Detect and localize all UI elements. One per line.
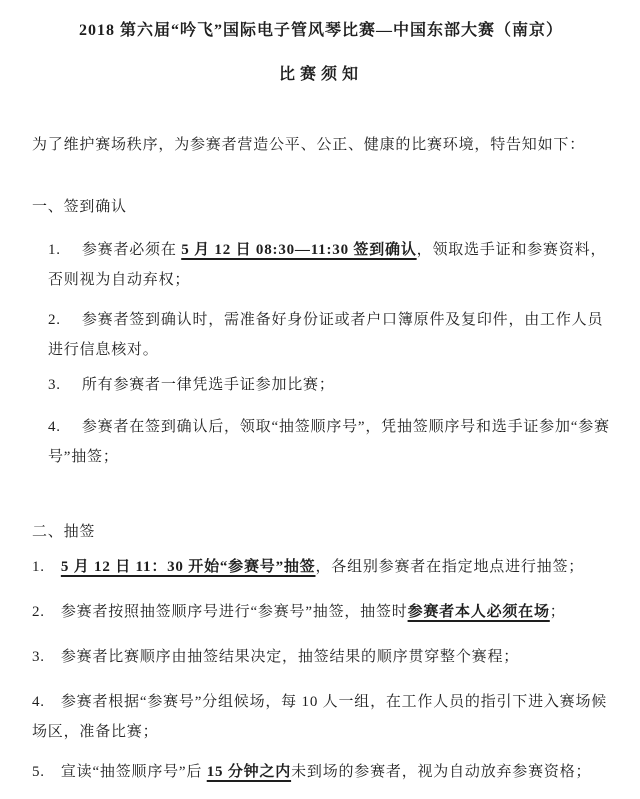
notice-item-drawing-1: 1.5 月 12 日 11：30 开始“参赛号”抽签，各组别参赛者在指定地点进行… xyxy=(32,552,610,582)
notice-item-drawing-5: 5.宣读“抽签顺序号”后 15 分钟之内未到场的参赛者，视为自动放弃参赛资格； xyxy=(32,757,610,787)
item-text-emphasis: 5 月 12 日 11：30 开始“参赛号”抽签 xyxy=(61,559,316,575)
intro-paragraph: 为了维护赛场秩序，为参赛者营造公平、公正、健康的比赛环境，特告知如下： xyxy=(32,130,610,160)
document-page: 2018 第六届“吟飞”国际电子管风琴比赛—中国东部大赛（南京） 比赛须知 为了… xyxy=(0,0,640,799)
item-number: 2. xyxy=(32,604,45,620)
item-text: 参赛者根据“参赛号”分组候场，每 10 人一组，在工作人员的指引下进入赛场候场区… xyxy=(32,694,607,740)
notice-item-checkin-4: 4.参赛者在签到确认后，领取“抽签顺序号”，凭抽签顺序号和选手证参加“参赛号”抽… xyxy=(48,412,610,472)
item-number: 4. xyxy=(48,419,61,435)
notice-item-checkin-2: 2.参赛者签到确认时，需准备好身份证或者户口簿原件及复印件，由工作人员进行信息核… xyxy=(48,305,610,365)
item-text: 未到场的参赛者，视为自动放弃参赛资格； xyxy=(291,764,591,780)
item-number: 5. xyxy=(32,764,45,780)
item-text-emphasis: 参赛者本人必须在场 xyxy=(408,604,550,620)
item-number: 4. xyxy=(32,694,45,710)
notice-item-drawing-3: 3.参赛者比赛顺序由抽签结果决定，抽签结果的顺序贯穿整个赛程； xyxy=(32,642,610,672)
section-checkin: 一、签到确认 1.参赛者必须在 5 月 12 日 08:30—11:30 签到确… xyxy=(32,192,610,472)
page-title: 2018 第六届“吟飞”国际电子管风琴比赛—中国东部大赛（南京） xyxy=(32,18,610,44)
item-text: 参赛者在签到确认后，领取“抽签顺序号”，凭抽签顺序号和选手证参加“参赛号”抽签； xyxy=(48,419,610,465)
item-text: 参赛者签到确认时，需准备好身份证或者户口簿原件及复印件，由工作人员进行信息核对。 xyxy=(48,312,603,358)
item-number: 3. xyxy=(48,377,61,393)
item-text-emphasis: 5 月 12 日 08:30—11:30 签到确认 xyxy=(181,242,416,258)
item-text-emphasis: 15 分钟之内 xyxy=(207,764,291,780)
item-number: 2. xyxy=(48,312,61,328)
item-text: 参赛者必须在 xyxy=(82,242,181,258)
notice-item-checkin-3: 3.所有参赛者一律凭选手证参加比赛； xyxy=(48,370,610,400)
item-text: ； xyxy=(550,604,566,620)
section-drawing-heading: 二、抽签 xyxy=(32,517,610,547)
item-number: 3. xyxy=(32,649,45,665)
item-text: 所有参赛者一律凭选手证参加比赛； xyxy=(82,377,335,393)
item-text: 参赛者按照抽签顺序号进行“参赛号”抽签，抽签时 xyxy=(61,604,408,620)
section-drawing: 二、抽签 1.5 月 12 日 11：30 开始“参赛号”抽签，各组别参赛者在指… xyxy=(32,517,610,787)
item-text: 参赛者比赛顺序由抽签结果决定，抽签结果的顺序贯穿整个赛程； xyxy=(61,649,519,665)
notice-item-drawing-4: 4.参赛者根据“参赛号”分组候场，每 10 人一组，在工作人员的指引下进入赛场候… xyxy=(32,687,610,747)
item-text: 宣读“抽签顺序号”后 xyxy=(61,764,207,780)
notice-item-checkin-1: 1.参赛者必须在 5 月 12 日 08:30—11:30 签到确认，领取选手证… xyxy=(48,235,610,295)
item-number: 1. xyxy=(48,242,61,258)
page-subtitle: 比赛须知 xyxy=(32,62,610,88)
notice-item-drawing-2: 2.参赛者按照抽签顺序号进行“参赛号”抽签，抽签时参赛者本人必须在场； xyxy=(32,597,610,627)
item-number: 1. xyxy=(32,559,45,575)
item-text: ，各组别参赛者在指定地点进行抽签； xyxy=(315,559,584,575)
section-checkin-heading: 一、签到确认 xyxy=(32,192,610,222)
